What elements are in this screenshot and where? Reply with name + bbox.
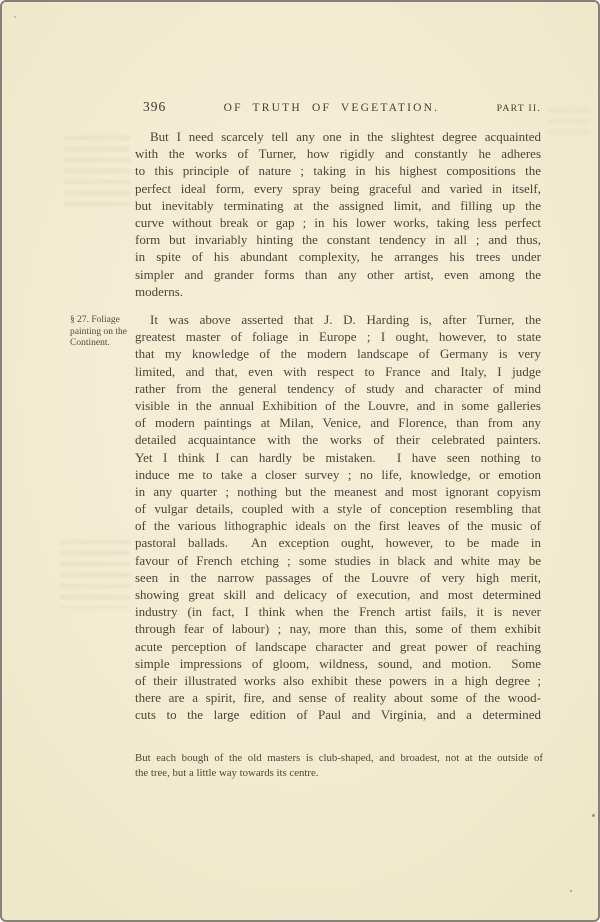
- ink-speck: [14, 16, 16, 18]
- text-line: of their illustrated works also exhibit …: [135, 672, 541, 689]
- scanned-book-page: 396 OF TRUTH OF VEGETATION. PART II. § 2…: [0, 0, 600, 922]
- text-line: of modern paintings at Milan, Venice, an…: [135, 414, 541, 431]
- text-line: greatest master of foliage in Europe ; I…: [135, 328, 541, 345]
- page-header: 396 OF TRUTH OF VEGETATION. PART II.: [135, 99, 541, 115]
- text-line: to this principle of nature ; taking in …: [135, 162, 541, 179]
- text-line: acute perception of landscape character …: [135, 638, 541, 655]
- part-label: PART II.: [497, 103, 541, 114]
- text-line: through fear of labour) ; nay, more than…: [135, 620, 541, 637]
- text-line: seen in the narrow passages of the Louvr…: [135, 569, 541, 586]
- text-line: that my knowledge of the modern landscap…: [135, 345, 541, 362]
- text-line: visible in the annual Exhibition of the …: [135, 397, 541, 414]
- text-line: simpler and grander forms than any other…: [135, 266, 541, 283]
- running-title: OF TRUTH OF VEGETATION.: [166, 102, 496, 114]
- text-line: with the works of Turner, how rigidly an…: [135, 145, 541, 162]
- text-line: favour of French etching ; some studies …: [135, 552, 541, 569]
- text-line: Continent.: [70, 338, 132, 350]
- showthrough-blot: [64, 136, 130, 208]
- page-number: 396: [135, 99, 166, 115]
- ink-speck: [592, 814, 595, 817]
- text-line: there are a spirit, fire, and sense of r…: [135, 689, 541, 706]
- text-line: moderns.: [135, 283, 541, 300]
- text-line: pastoral ballads. An exception ought, ho…: [135, 534, 541, 551]
- text-line: limited, and that, even with respect to …: [135, 363, 541, 380]
- paper-sheet: 396 OF TRUTH OF VEGETATION. PART II. § 2…: [0, 0, 600, 922]
- text-line: industry (in fact, I think when the Fren…: [135, 603, 541, 620]
- margin-note: § 27. Foliagepainting on theContinent.: [70, 315, 132, 350]
- text-line: of the various lithographic ideals on th…: [135, 517, 541, 534]
- showthrough-blot: [548, 108, 590, 134]
- text-line: Yet I think I can hardly be mistaken. I …: [135, 449, 541, 466]
- text-line: form but invariably hinting the constant…: [135, 231, 541, 248]
- text-line: But I need scarcely tell any one in the …: [135, 128, 541, 145]
- text-line: perfect ideal form, every spray being gr…: [135, 180, 541, 197]
- text-line: simple impressions of gloom, wildness, s…: [135, 655, 541, 672]
- text-line: It was above asserted that J. D. Harding…: [135, 311, 541, 328]
- text-line: induce me to take a closer survey ; no l…: [135, 466, 541, 483]
- footnote: But each bough of the old masters is clu…: [135, 751, 543, 780]
- text-line: painting on the: [70, 327, 132, 339]
- text-line: showing great skill and delicacy of exec…: [135, 586, 541, 603]
- text-line: § 27. Foliage: [70, 315, 132, 327]
- body-paragraph-2: It was above asserted that J. D. Harding…: [135, 311, 541, 724]
- text-line: curve without break or gap ; in his lowe…: [135, 214, 541, 231]
- text-line: the tree, but a little way towards its c…: [135, 766, 543, 781]
- text-line: in spite of his abundant complexity, he …: [135, 248, 541, 265]
- text-line: cuts to the large edition of Paul and Vi…: [135, 706, 541, 723]
- text-line: But each bough of the old masters is clu…: [135, 751, 543, 766]
- showthrough-blot: [60, 540, 130, 608]
- body-paragraph-1: But I need scarcely tell any one in the …: [135, 128, 541, 300]
- text-line: detailed acquaintance with the works of …: [135, 431, 541, 448]
- text-line: but inevitably terminating at the assign…: [135, 197, 541, 214]
- text-line: rather from the general tendency of stud…: [135, 380, 541, 397]
- text-line: in any quarter ; nothing but the meanest…: [135, 483, 541, 500]
- ink-speck: [570, 890, 572, 892]
- text-line: of vulgar details, coupled with a style …: [135, 500, 541, 517]
